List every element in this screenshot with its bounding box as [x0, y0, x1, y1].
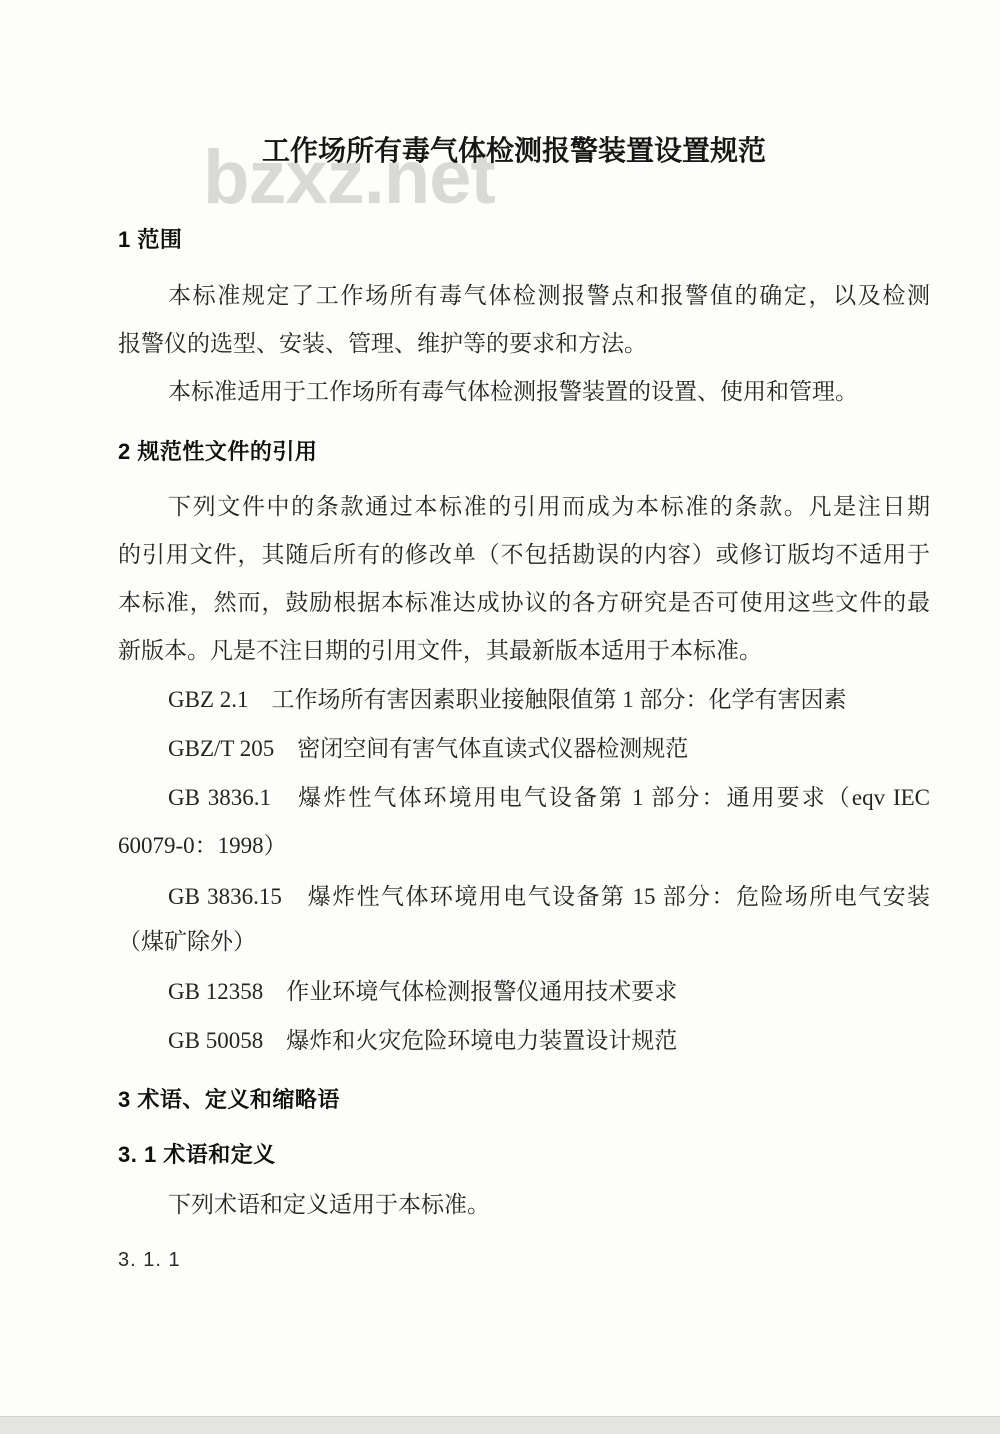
page-bottom-band [0, 1416, 1000, 1434]
body-line: 本标准，然而，鼓励根据本标准达成协议的各方研究是否可使用这些文件的最 [118, 589, 930, 617]
body-line: 报警仪的选型、安装、管理、维护等的要求和方法。 [118, 330, 930, 358]
body-line: 下列文件中的条款通过本标准的引用而成为本标准的条款。凡是注日期 [118, 493, 930, 521]
body-line: 的引用文件，其随后所有的修改单（不包括勘误的内容）或修订版均不适用于 [118, 541, 930, 569]
body-line: 新版本。凡是不注日期的引用文件，其最新版本适用于本标准。 [118, 637, 930, 665]
section-1-heading: 1 范围 [118, 227, 930, 253]
reference-line-gb-3836-15: GB 3836.15 爆炸性气体环境用电气设备第 15 部分：危险场所电气安装 [118, 883, 930, 911]
section-3-heading: 3 术语、定义和缩略语 [118, 1087, 930, 1113]
reference-line-continuation: 60079-0：1998） [118, 832, 930, 860]
reference-line-gbz-2-1: GBZ 2.1 工作场所有害因素职业接触限值第 1 部分：化学有害因素 [118, 686, 930, 714]
body-line: 本标准规定了工作场所有毒气体检测报警点和报警值的确定，以及检测 [118, 282, 930, 310]
clause-number-3-1-1: 3. 1. 1 [118, 1246, 930, 1274]
body-line: 下列术语和定义适用于本标准。 [118, 1191, 930, 1219]
reference-line-gb-12358: GB 12358 作业环境气体检测报警仪通用技术要求 [118, 978, 930, 1006]
document-title: 工作场所有毒气体检测报警装置设置规范 [0, 134, 1000, 168]
section-2-heading: 2 规范性文件的引用 [118, 439, 930, 465]
document-page: bzxz.net 工作场所有毒气体检测报警装置设置规范 1 范围 本标准规定了工… [0, 0, 1000, 1434]
body-line: 本标准适用于工作场所有毒气体检测报警装置的设置、使用和管理。 [118, 378, 930, 406]
reference-line-gb-3836-1: GB 3836.1 爆炸性气体环境用电气设备第 1 部分：通用要求（eqv IE… [118, 784, 930, 812]
reference-line-gb-50058: GB 50058 爆炸和火灾危险环境电力装置设计规范 [118, 1027, 930, 1055]
reference-line-continuation: （煤矿除外） [118, 928, 930, 956]
section-3-1-heading: 3. 1 术语和定义 [118, 1142, 930, 1168]
reference-line-gbz-t-205: GBZ/T 205 密闭空间有害气体直读式仪器检测规范 [118, 735, 930, 763]
